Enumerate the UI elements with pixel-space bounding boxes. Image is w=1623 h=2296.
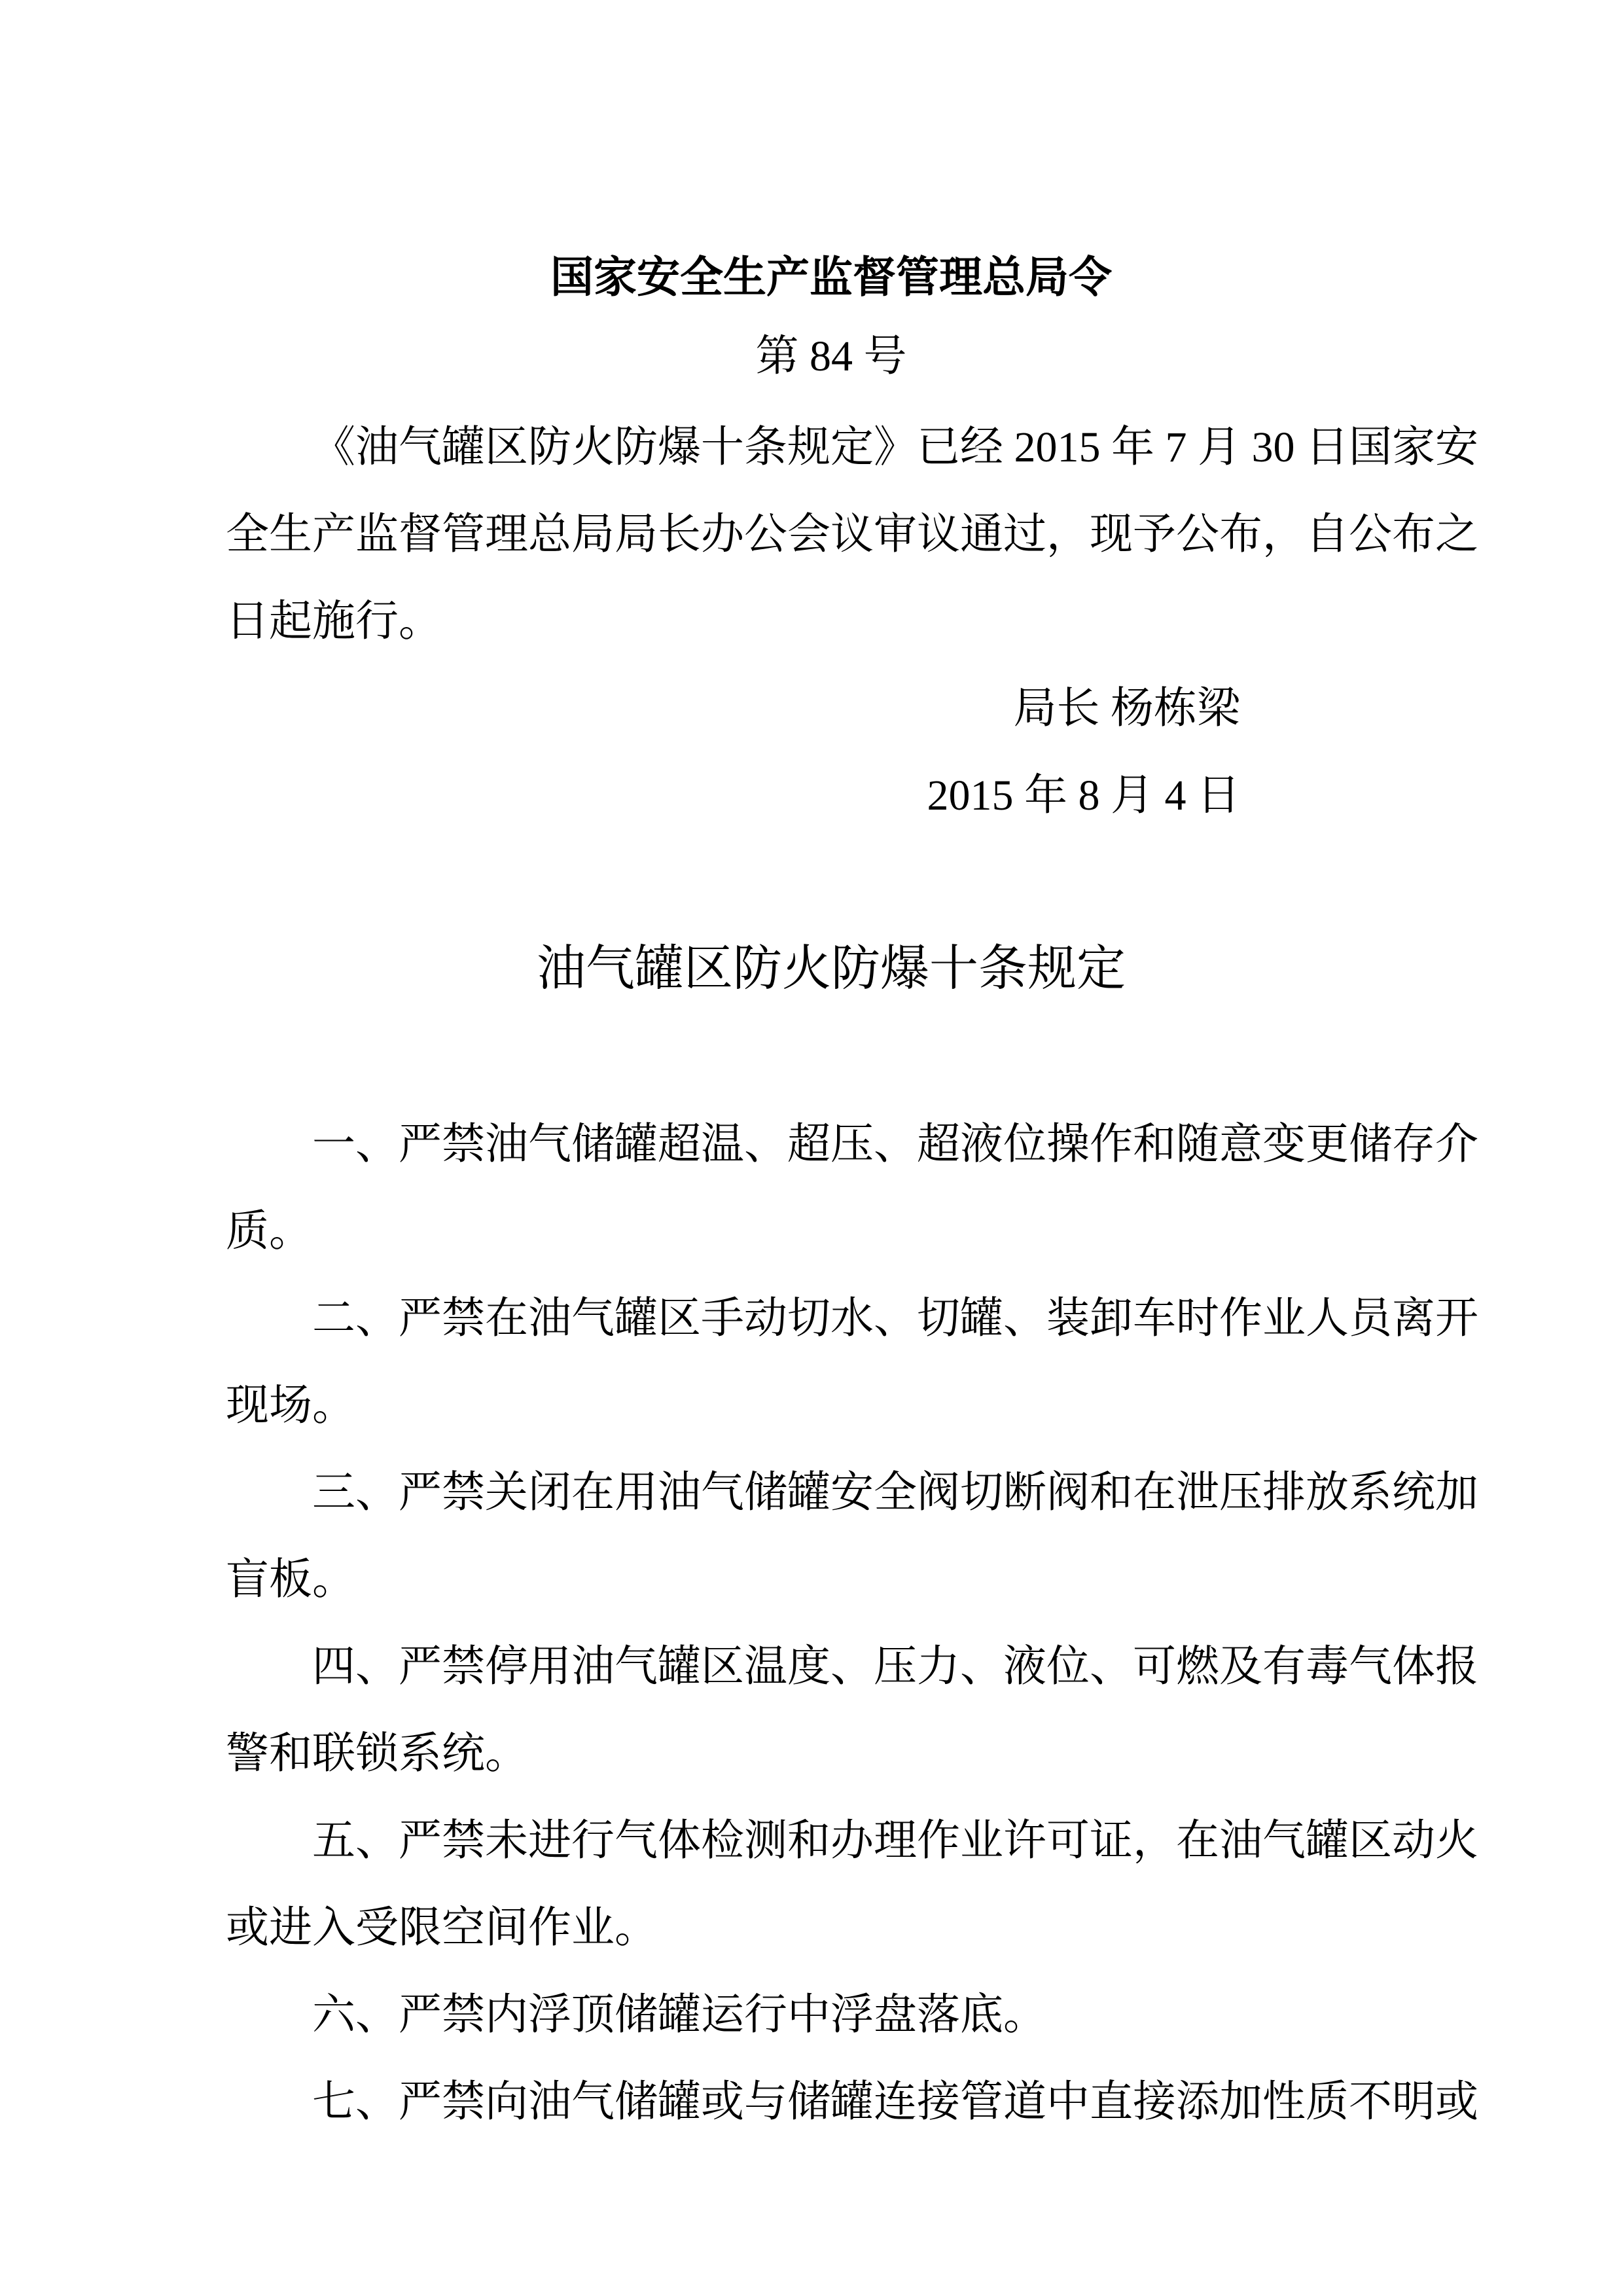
item-line: 盲板。: [226, 1536, 1436, 1623]
regulation-items: 一、严禁油气储罐超温、超压、超液位操作和随意变更储存介 质。 二、严禁在油气罐区…: [226, 1101, 1436, 2145]
signature-line: 局长 杨栋梁: [226, 665, 1436, 752]
preamble: 《油气罐区防火防爆十条规定》已经 2015 年 7 月 30 日国家安 全生产监…: [226, 404, 1436, 665]
preamble-line: 全生产监督管理总局局长办公会议审议通过，现予公布，自公布之: [226, 491, 1436, 578]
item-line: 六、严禁内浮顶储罐运行中浮盘落底。: [226, 1971, 1436, 2058]
item-line: 质。: [226, 1188, 1436, 1275]
regulation-title: 油气罐区防火防爆十条规定: [226, 920, 1436, 1018]
preamble-line: 日起施行。: [226, 578, 1436, 665]
document-page: 国家安全生产监督管理总局令 第 84 号 《油气罐区防火防爆十条规定》已经 20…: [0, 0, 1623, 2296]
doc-title: 国家安全生产监督管理总局令: [226, 239, 1436, 317]
item-line: 一、严禁油气储罐超温、超压、超液位操作和随意变更储存介: [226, 1101, 1436, 1188]
item-line: 二、严禁在油气罐区手动切水、切罐、装卸车时作业人员离开: [226, 1275, 1436, 1362]
item-line: 七、严禁向油气储罐或与储罐连接管道中直接添加性质不明或: [226, 2058, 1436, 2145]
item-line: 警和联锁系统。: [226, 1710, 1436, 1797]
item-line: 或进入受限空间作业。: [226, 1884, 1436, 1971]
doc-number: 第 84 号: [226, 317, 1436, 396]
item-line: 现场。: [226, 1362, 1436, 1449]
item-line: 四、严禁停用油气罐区温度、压力、液位、可燃及有毒气体报: [226, 1623, 1436, 1710]
item-line: 三、严禁关闭在用油气储罐安全阀切断阀和在泄压排放系统加: [226, 1449, 1436, 1536]
preamble-line: 《油气罐区防火防爆十条规定》已经 2015 年 7 月 30 日国家安: [226, 404, 1436, 491]
date-line: 2015 年 8 月 4 日: [226, 752, 1436, 839]
item-line: 五、严禁未进行气体检测和办理作业许可证，在油气罐区动火: [226, 1797, 1436, 1884]
